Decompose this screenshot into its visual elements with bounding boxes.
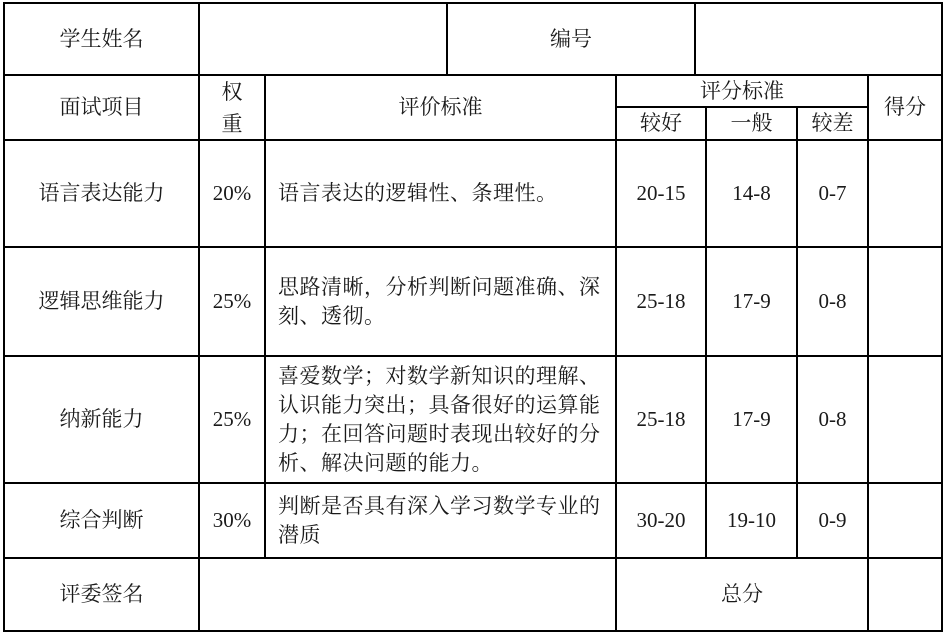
row-score-field[interactable] <box>869 248 941 355</box>
student-name-field[interactable] <box>200 4 446 74</box>
row-average-range: 14-8 <box>707 141 796 246</box>
row-weight: 30% <box>200 484 264 557</box>
row-average-range: 17-9 <box>707 357 796 482</box>
header-good: 较好 <box>617 108 705 139</box>
total-score-label: 总分 <box>617 559 867 630</box>
row-weight: 25% <box>200 248 264 355</box>
row-poor-range: 0-8 <box>798 248 867 355</box>
header-interview-item: 面试项目 <box>5 76 198 139</box>
row-good-range: 30-20 <box>617 484 705 557</box>
row-score-field[interactable] <box>869 484 941 557</box>
row-good-range: 20-15 <box>617 141 705 246</box>
header-average: 一般 <box>707 108 796 139</box>
row-item: 纳新能力 <box>5 357 198 482</box>
header-weight-char-1: 权 <box>222 76 243 108</box>
row-item: 综合判断 <box>5 484 198 557</box>
id-field[interactable] <box>696 4 941 74</box>
row-item: 语言表达能力 <box>5 141 198 246</box>
id-label: 编号 <box>448 4 694 74</box>
row-criteria: 语言表达的逻辑性、条理性。 <box>266 141 615 246</box>
row-poor-range: 0-7 <box>798 141 867 246</box>
header-score: 得分 <box>869 76 941 139</box>
header-scoring-standard: 评分标准 <box>617 76 867 106</box>
row-item: 逻辑思维能力 <box>5 248 198 355</box>
total-score-field[interactable] <box>869 559 941 630</box>
row-criteria: 思路清晰，分析判断问题准确、深刻、透彻。 <box>266 248 615 355</box>
header-weight: 权 重 <box>200 76 264 139</box>
header-weight-char-2: 重 <box>222 108 243 140</box>
row-criteria: 判断是否具有深入学习数学专业的潜质 <box>266 484 615 557</box>
row-average-range: 17-9 <box>707 248 796 355</box>
row-weight: 25% <box>200 357 264 482</box>
student-name-label: 学生姓名 <box>5 4 198 74</box>
row-poor-range: 0-9 <box>798 484 867 557</box>
row-score-field[interactable] <box>869 357 941 482</box>
row-criteria: 喜爱数学；对数学新知识的理解、认识能力突出；具备很好的运算能力；在回答问题时表现… <box>266 357 615 482</box>
row-poor-range: 0-8 <box>798 357 867 482</box>
header-poor: 较差 <box>798 108 867 139</box>
row-weight: 20% <box>200 141 264 246</box>
judge-signature-field[interactable] <box>200 559 615 630</box>
judge-signature-label: 评委签名 <box>5 559 198 630</box>
row-average-range: 19-10 <box>707 484 796 557</box>
row-good-range: 25-18 <box>617 357 705 482</box>
table-border <box>941 2 943 632</box>
table-border <box>3 630 943 632</box>
row-score-field[interactable] <box>869 141 941 246</box>
header-criteria: 评价标准 <box>266 76 615 139</box>
row-good-range: 25-18 <box>617 248 705 355</box>
